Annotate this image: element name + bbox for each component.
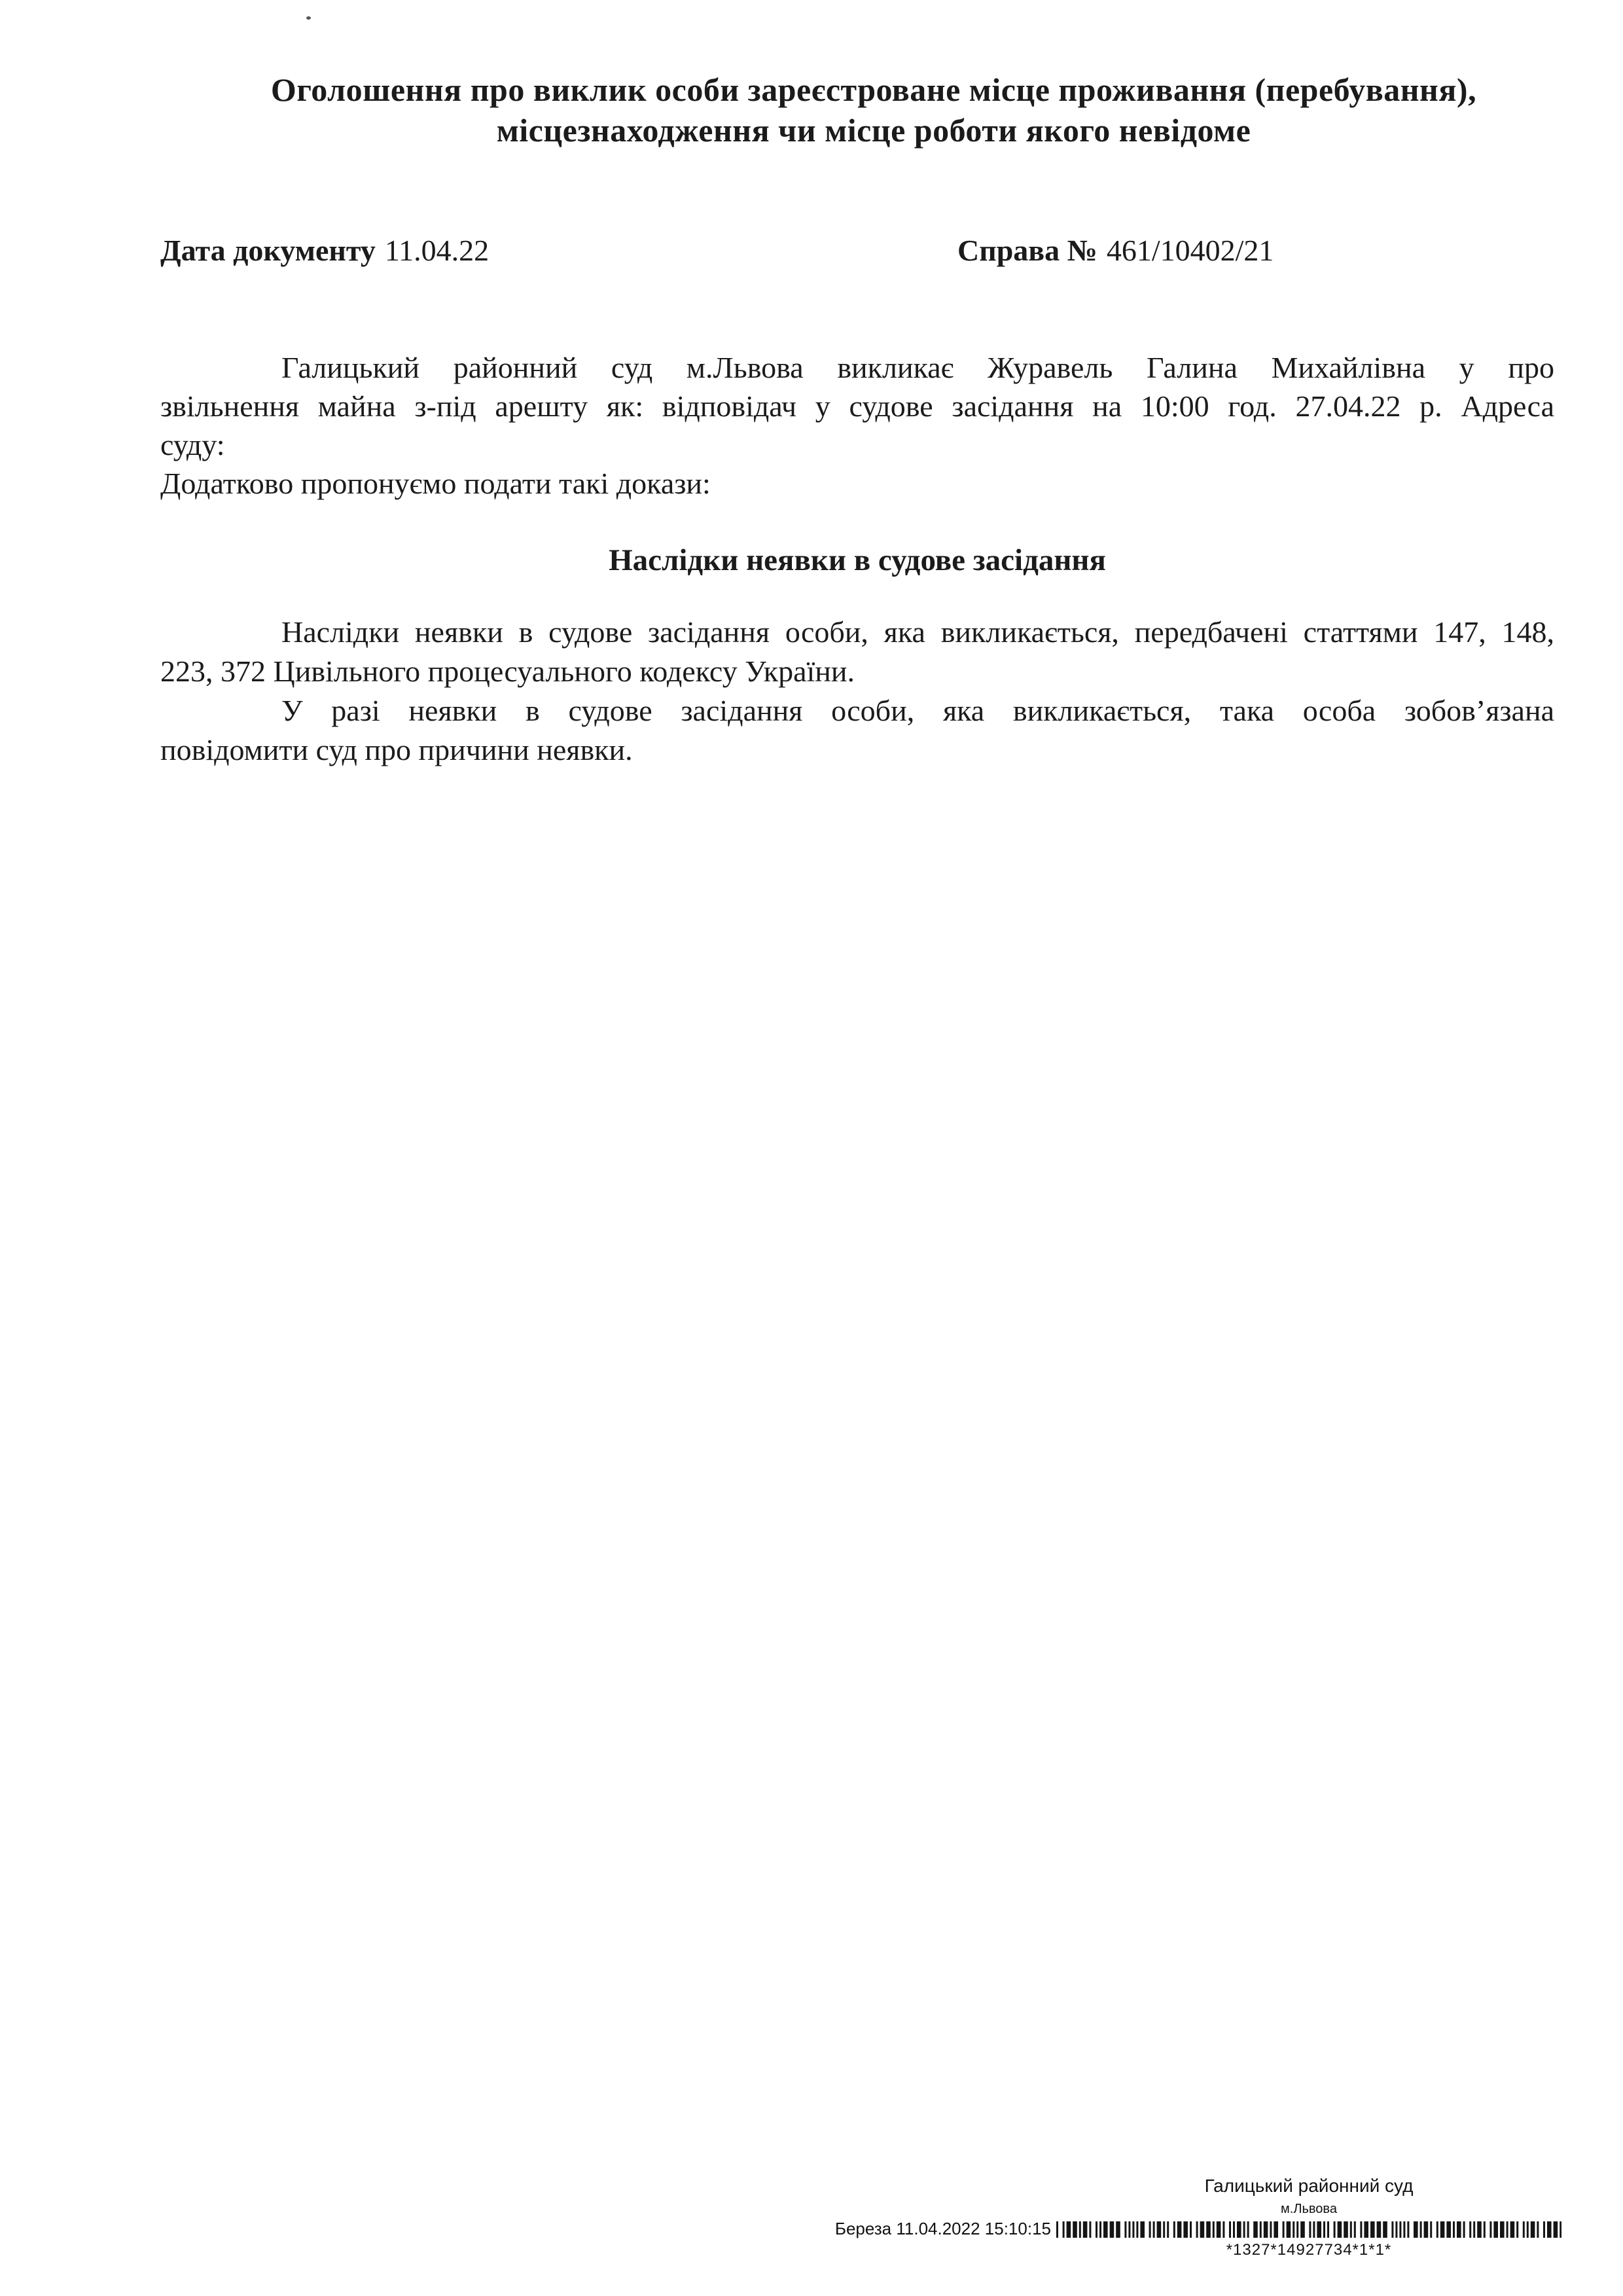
consequences-line-1: Наслідки неявки в судове засідання особи… [160, 613, 1554, 652]
consequences-line-3: У разі неявки в судове засідання особи, … [160, 691, 1554, 730]
footer-stamp-block: Галицький районний суд м.Львова *1327*14… [1047, 2176, 1571, 2259]
footer-court-city: м.Львова [1281, 2202, 1337, 2216]
document-title-line-2: місцезнаходження чи місце роботи якого н… [177, 110, 1571, 151]
date-value: 11.04.22 [385, 234, 489, 267]
consequences-line-2: 223, 372 Цивільного процесуального кодек… [160, 652, 1554, 691]
summons-paragraph: Галицький районний суд м.Львова викликає… [160, 348, 1554, 503]
date-label: Дата документу [160, 234, 376, 267]
case-value: 461/10402/21 [1107, 234, 1274, 267]
code39-barcode [1056, 2221, 1561, 2238]
consequences-line-4: повідомити суд про причини неявки. [160, 730, 1554, 770]
additional-evidence-line: Додатково пропонуємо подати такі докази: [160, 464, 1554, 503]
document-title-line-1: Оголошення про виклик особи зареєстрован… [177, 69, 1571, 110]
section-heading: Наслідки неявки в судове засідання [160, 542, 1554, 579]
case-number: Справа №461/10402/21 [957, 232, 1274, 270]
footer-court-name: Галицький районний суд [1205, 2176, 1414, 2196]
barcode-caption: *1327*14927734*1*1* [1226, 2242, 1392, 2259]
summons-line-2: звільнення майна з-під арешту як: відпов… [160, 387, 1554, 425]
summons-line-1: Галицький районний суд м.Львова викликає… [160, 348, 1554, 387]
document-title: Оголошення про виклик особи зареєстрован… [177, 69, 1571, 151]
summons-line-3: суду: [160, 425, 1554, 464]
document-meta-row: Дата документу11.04.22 Справа №461/10402… [160, 232, 1554, 270]
scan-speck [306, 16, 311, 20]
scanned-court-document-page: Оголошення про виклик особи зареєстрован… [0, 0, 1623, 2296]
case-label: Справа № [957, 234, 1097, 267]
print-info: Береза 11.04.2022 15:10:15 [835, 2219, 1051, 2238]
consequences-paragraphs: Наслідки неявки в судове засідання особи… [160, 613, 1554, 770]
